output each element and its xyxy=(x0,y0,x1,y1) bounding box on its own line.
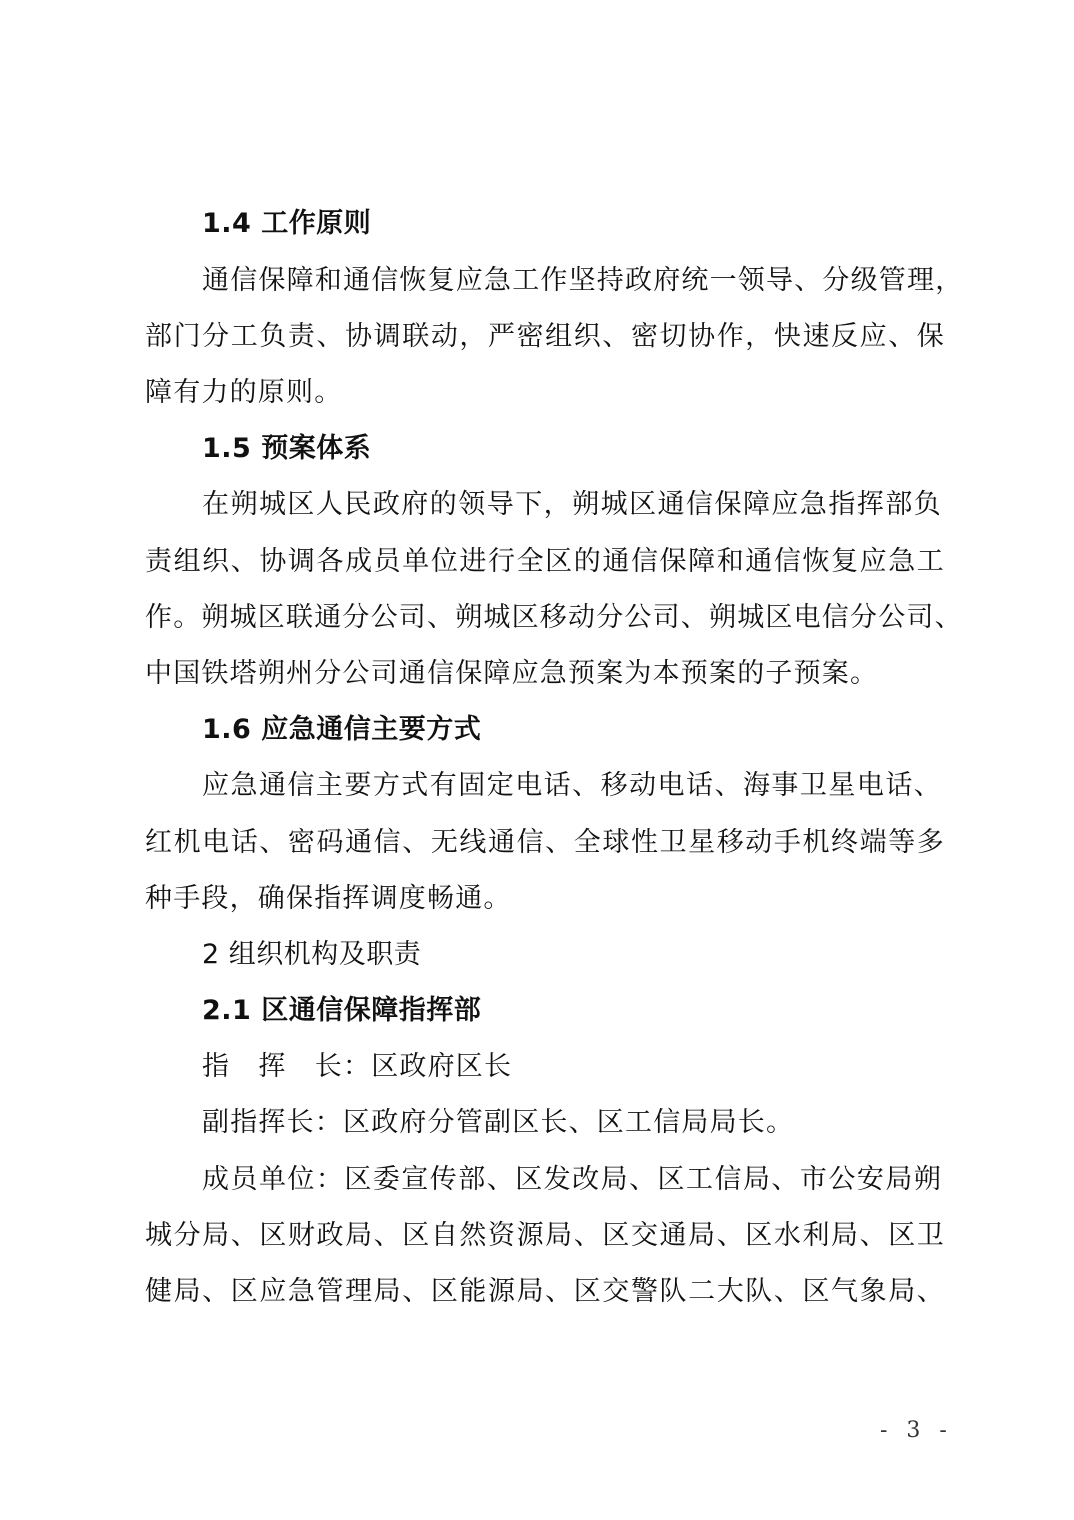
paragraph-line: 作。朔城区联通分公司、朔城区移动分公司、朔城区电信分公司、 xyxy=(145,601,945,635)
document-page: 1.4 工作原则 通信保障和通信恢复应急工作坚持政府统一领导、分级管理， 部门分… xyxy=(0,0,1074,1520)
paragraph-line: 中国铁塔朔州分公司通信保障应急预案为本预案的子预案。 xyxy=(145,657,878,691)
paragraph-line: 部门分工负责、协调联动，严密组织、密切协作，快速反应、保 xyxy=(145,320,945,354)
paragraph-line: 种手段，确保指挥调度畅通。 xyxy=(145,882,512,916)
deputy-commander-line: 副指挥长：区政府分管副区长、区工信局局长。 xyxy=(202,1106,794,1140)
section-heading-1-6: 1.6 应急通信主要方式 xyxy=(202,713,481,747)
paragraph-line: 红机电话、密码通信、无线通信、全球性卫星移动手机终端等多 xyxy=(145,826,945,860)
section-heading-1-5: 1.5 预案体系 xyxy=(202,432,371,466)
paragraph-line: 通信保障和通信恢复应急工作坚持政府统一领导、分级管理， xyxy=(202,264,948,298)
paragraph-line: 责组织、协调各成员单位进行全区的通信保障和通信恢复应急工 xyxy=(145,545,945,579)
paragraph-line: 在朔城区人民政府的领导下，朔城区通信保障应急指挥部负 xyxy=(202,488,942,522)
commander-line: 指 挥 长：区政府区长 xyxy=(202,1050,512,1084)
member-units-line: 城分局、区财政局、区自然资源局、区交通局、区水利局、区卫 xyxy=(145,1219,945,1253)
member-units-line: 健局、区应急管理局、区能源局、区交警队二大队、区气象局、 xyxy=(145,1275,945,1309)
member-units-line: 成员单位：区委宣传部、区发改局、区工信局、市公安局朔 xyxy=(202,1163,942,1197)
paragraph-line: 应急通信主要方式有固定电话、移动电话、海事卫星电话、 xyxy=(202,769,942,803)
paragraph-line: 障有力的原则。 xyxy=(145,376,342,410)
section-heading-2-1: 2.1 区通信保障指挥部 xyxy=(202,994,481,1028)
section-heading-2: 2 组织机构及职责 xyxy=(202,938,421,972)
page-number: - 3 - xyxy=(880,1418,953,1443)
section-heading-1-4: 1.4 工作原则 xyxy=(202,207,371,241)
